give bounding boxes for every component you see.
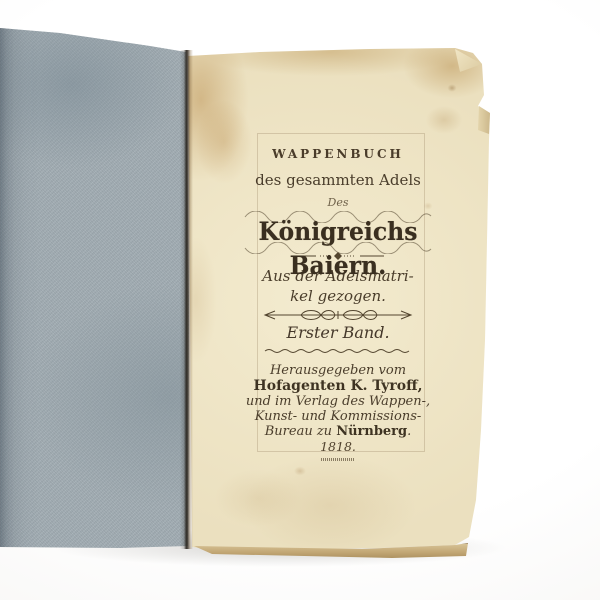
looped-rule-ornament bbox=[263, 307, 413, 322]
wavy-rule-ornament bbox=[263, 347, 413, 355]
publisher-line-4: Kunst- und Kommissions- bbox=[238, 410, 438, 423]
series-subtitle: des gesammten Adels bbox=[238, 173, 438, 188]
publisher-line-3: und im Verlag des Wappen-, bbox=[238, 395, 438, 408]
publisher-city-line: Bureau zu Nürnberg. bbox=[238, 425, 438, 438]
photo-of-antique-book: WAPPENBUCH des gesammten Adels Des König… bbox=[0, 0, 600, 600]
engraver-micro-imprint bbox=[321, 458, 355, 461]
publisher-name: Hofagenten K. Tyroff, bbox=[238, 379, 438, 393]
publisher-city: Nürnberg bbox=[336, 424, 407, 439]
series-title: WAPPENBUCH bbox=[238, 148, 438, 160]
calligraphic-flourish-bottom bbox=[243, 242, 433, 254]
title-text-block: WAPPENBUCH des gesammten Adels Des König… bbox=[238, 138, 438, 461]
publisher-line-1: Herausgegeben vom bbox=[238, 364, 438, 377]
des-word: Des bbox=[238, 197, 438, 208]
book-gutter bbox=[180, 50, 193, 549]
main-title-group: Königreichs Baiern. bbox=[238, 215, 438, 251]
publisher-city-suffix: . bbox=[407, 424, 411, 439]
publisher-city-prefix: Bureau zu bbox=[265, 424, 336, 439]
subtitle-line-2: kel gezogen. bbox=[238, 289, 438, 304]
year-line: 1818. bbox=[238, 441, 438, 454]
volume-line: Erster Band. bbox=[238, 325, 438, 341]
